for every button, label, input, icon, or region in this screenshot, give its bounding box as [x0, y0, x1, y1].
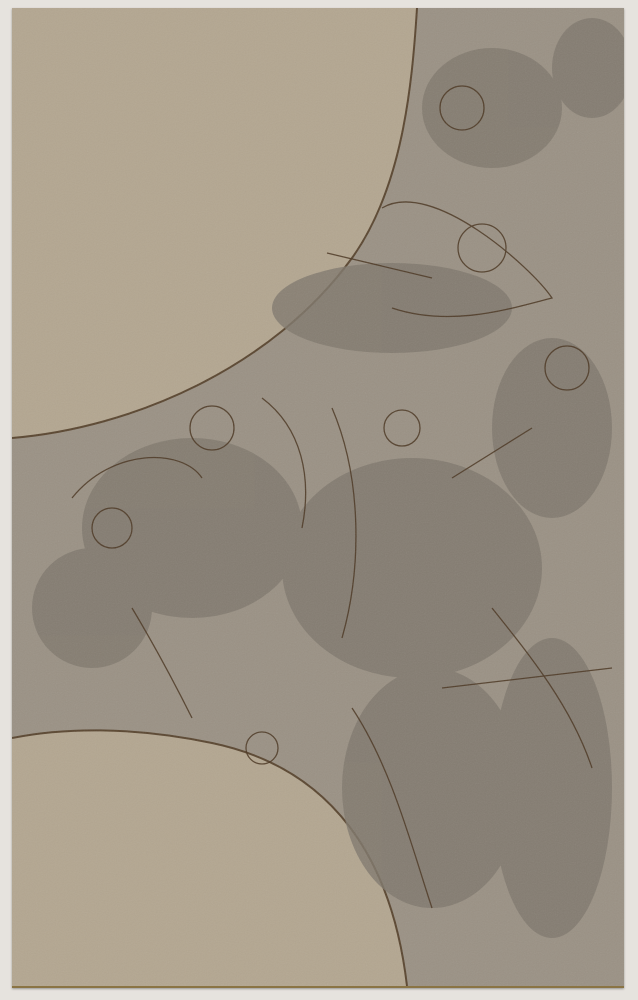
- artwork-sheet: [12, 8, 624, 988]
- drawing: [12, 8, 624, 986]
